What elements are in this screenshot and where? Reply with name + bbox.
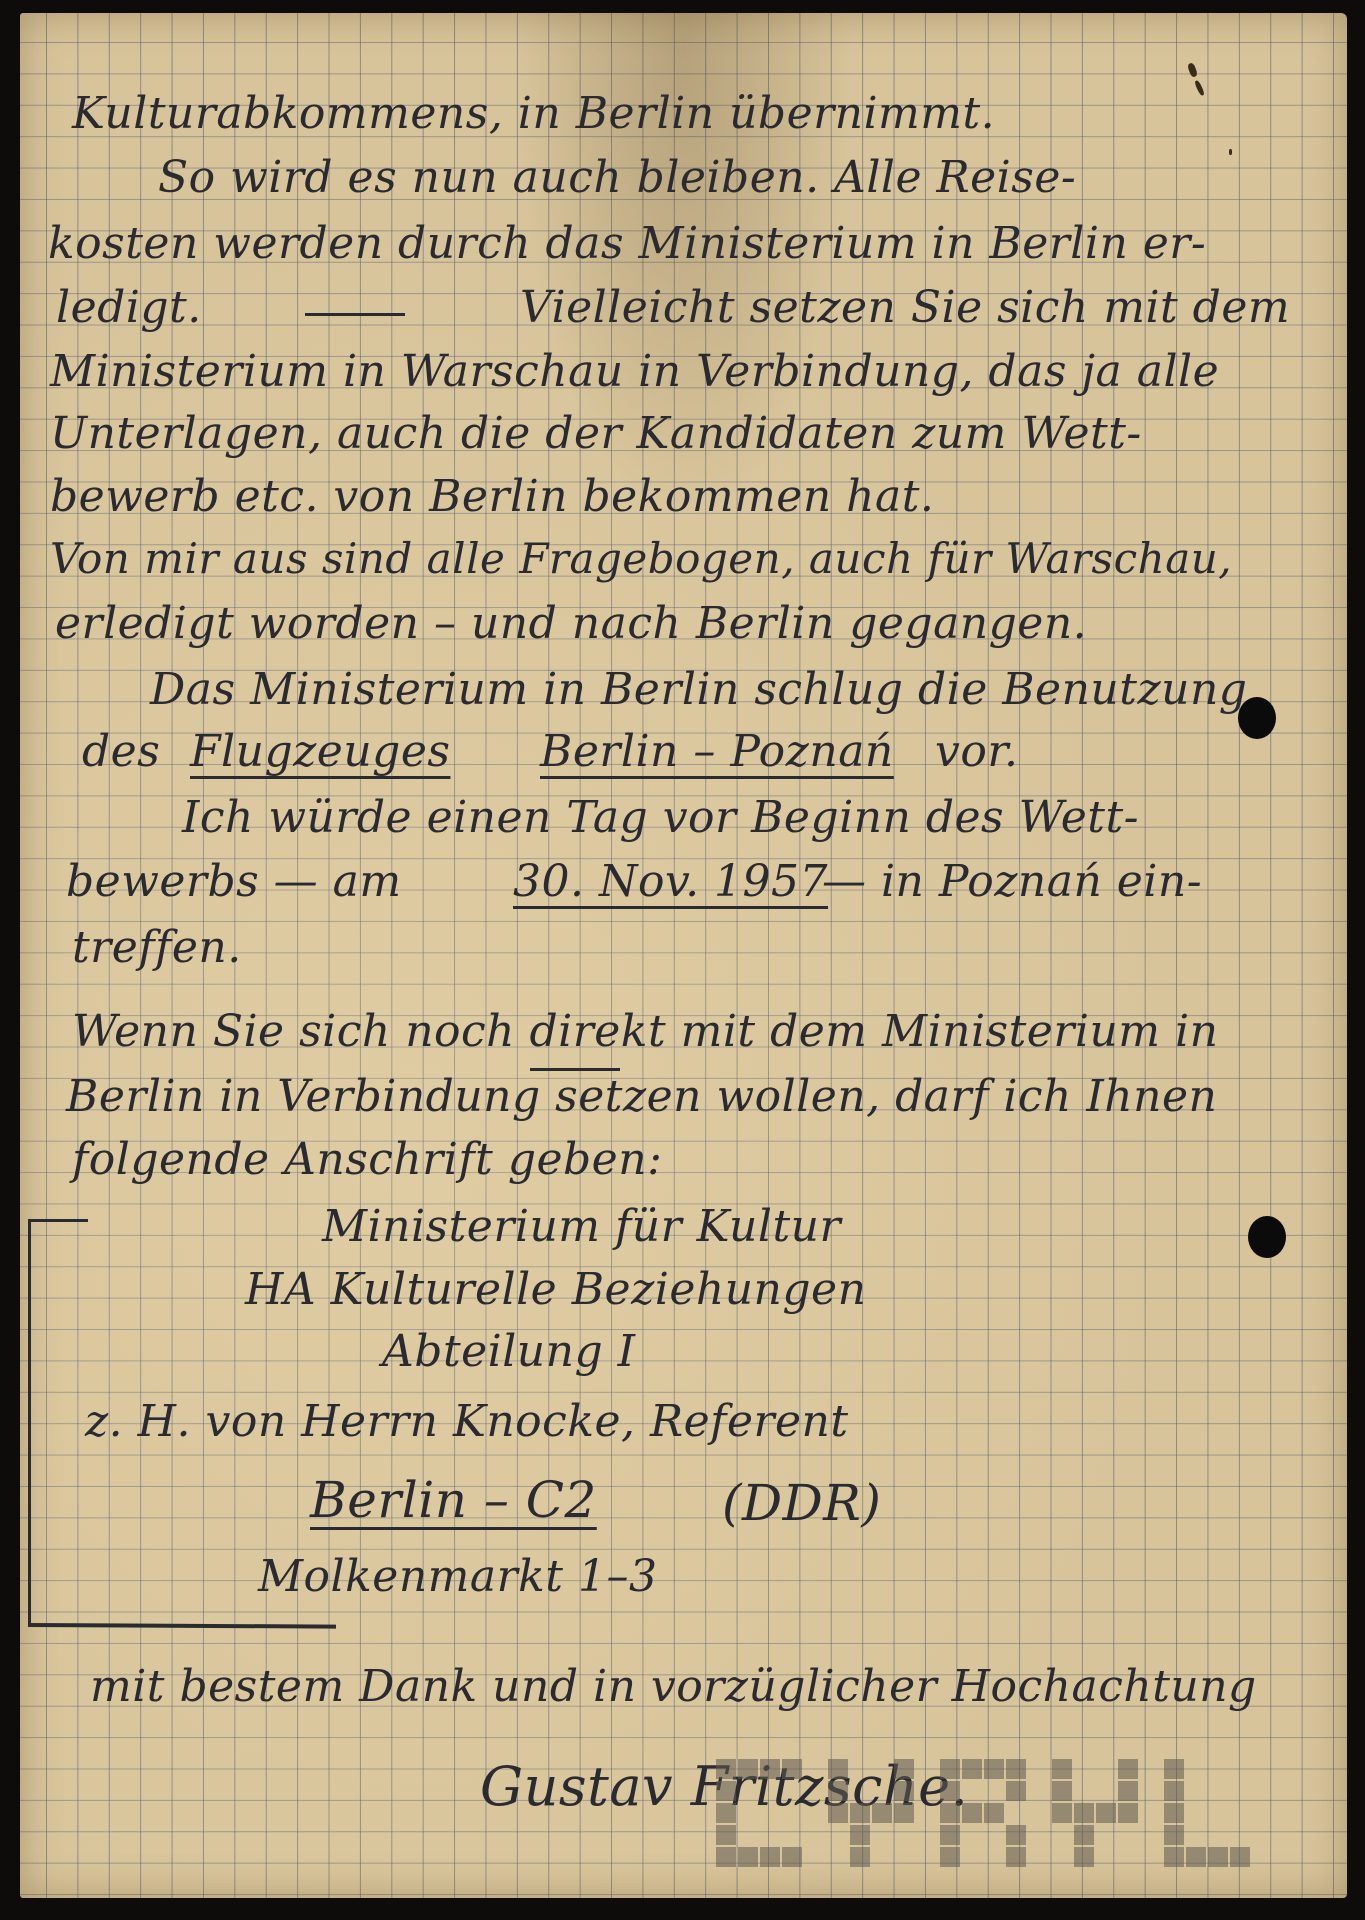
punch-hole (1248, 1216, 1286, 1258)
watermark-letter-l (1164, 1759, 1250, 1867)
letter-line: Von mir aus sind alle Fragebogen, auch f… (50, 538, 1232, 580)
underlined-date: 30. Nov. 1957 (513, 860, 828, 904)
ink-smudge (1229, 149, 1232, 155)
address-city: Berlin – C2 (310, 1475, 597, 1525)
letter-line: Vielleicht setzen Sie sich mit dem (520, 286, 1290, 330)
letter-line: Ministerium in Warschau in Verbindung, d… (50, 350, 1219, 394)
address-bracket-top (28, 1219, 88, 1222)
letter-line: des (82, 730, 160, 774)
closing-line: mit bestem Dank und in vorzüglicher Hoch… (90, 1665, 1257, 1709)
watermark-letter-r (940, 1759, 1026, 1867)
watermark-letter-y (828, 1759, 914, 1867)
letter-line: vor. (935, 730, 1019, 774)
letter-line: Berlin in Verbindung setzen wollen, darf… (66, 1075, 1217, 1119)
letter-line: kosten werden durch das Ministerium in B… (48, 222, 1206, 266)
address-line-department: HA Kulturelle Beziehungen (245, 1268, 866, 1312)
address-line-ministry: Ministerium für Kultur (322, 1205, 841, 1249)
letter-line: Unterlagen, auch die der Kandidaten zum … (50, 412, 1142, 456)
watermark-letter-c (716, 1759, 802, 1867)
address-bracket (28, 1220, 31, 1625)
address-line-attention: z. H. von Herrn Knocke, Referent (85, 1400, 849, 1444)
underlined-route: Berlin – Poznań (540, 730, 894, 774)
letter-line: So wird es nun auch bleiben. Alle Reise- (158, 156, 1076, 200)
letter-line: Wenn Sie sich noch direkt mit dem Minist… (72, 1010, 1218, 1054)
letter-line: Ich würde einen Tag vor Beginn des Wett- (182, 796, 1139, 840)
letter-line: bewerb etc. von Berlin bekommen hat. (50, 475, 934, 519)
letter-line: bewerbs — am (66, 860, 402, 904)
letter-line: ledigt. (56, 286, 202, 330)
letter-line: Das Ministerium in Berlin schlug die Ben… (150, 668, 1247, 712)
letter-line: folgende Anschrift geben: (72, 1138, 662, 1182)
address-country: (DDR) (722, 1478, 881, 1528)
underlined-word: Flugzeuges (190, 730, 450, 774)
archive-watermark (716, 1759, 1250, 1867)
letter-line: erledigt worden – und nach Berlin gegang… (55, 602, 1087, 646)
letter-line: Kulturabkommens, in Berlin übernimmt. (72, 92, 995, 136)
address-line-division: Abteilung I (382, 1330, 636, 1374)
watermark-letter-y (1052, 1759, 1138, 1867)
address-street: Molkenmarkt 1–3 (258, 1555, 657, 1599)
letter-line: — in Poznań ein- (822, 860, 1202, 904)
dash-stroke (305, 313, 405, 316)
letter-line: treffen. (72, 926, 242, 970)
